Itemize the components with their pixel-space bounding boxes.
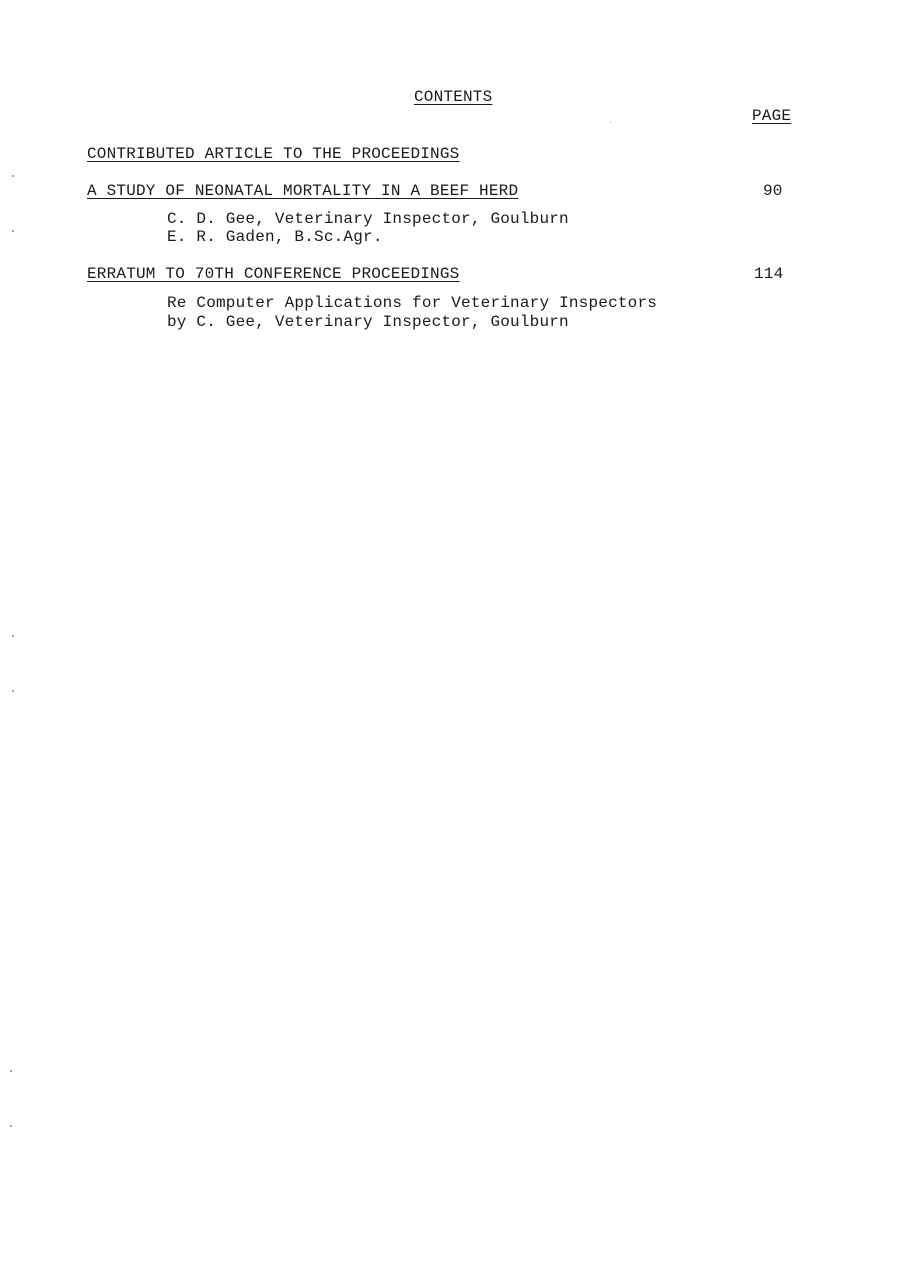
contents-heading: CONTENTS [414, 88, 492, 106]
scan-speck [12, 230, 14, 232]
scan-speck [10, 1125, 12, 1127]
section-title: CONTRIBUTED ARTICLE TO THE PROCEEDINGS [87, 145, 459, 163]
entry-description-line: Re Computer Applications for Veterinary … [167, 294, 657, 312]
entry-author-line: E. R. Gaden, B.Sc.Agr. [167, 228, 383, 246]
scan-speck [12, 175, 14, 177]
scan-speck [12, 690, 14, 692]
page-column-label: PAGE [752, 107, 791, 125]
entry-page-number: 90 [763, 182, 783, 200]
scan-speck [610, 122, 611, 123]
entry-description-line: by C. Gee, Veterinary Inspector, Goulbur… [167, 313, 569, 331]
scan-speck [12, 635, 14, 637]
entry-author-line: C. D. Gee, Veterinary Inspector, Goulbur… [167, 210, 569, 228]
entry-title: ERRATUM TO 70TH CONFERENCE PROCEEDINGS [87, 265, 459, 283]
scan-speck [10, 1070, 12, 1072]
entry-page-number: 114 [754, 265, 783, 283]
entry-title: A STUDY OF NEONATAL MORTALITY IN A BEEF … [87, 182, 518, 200]
